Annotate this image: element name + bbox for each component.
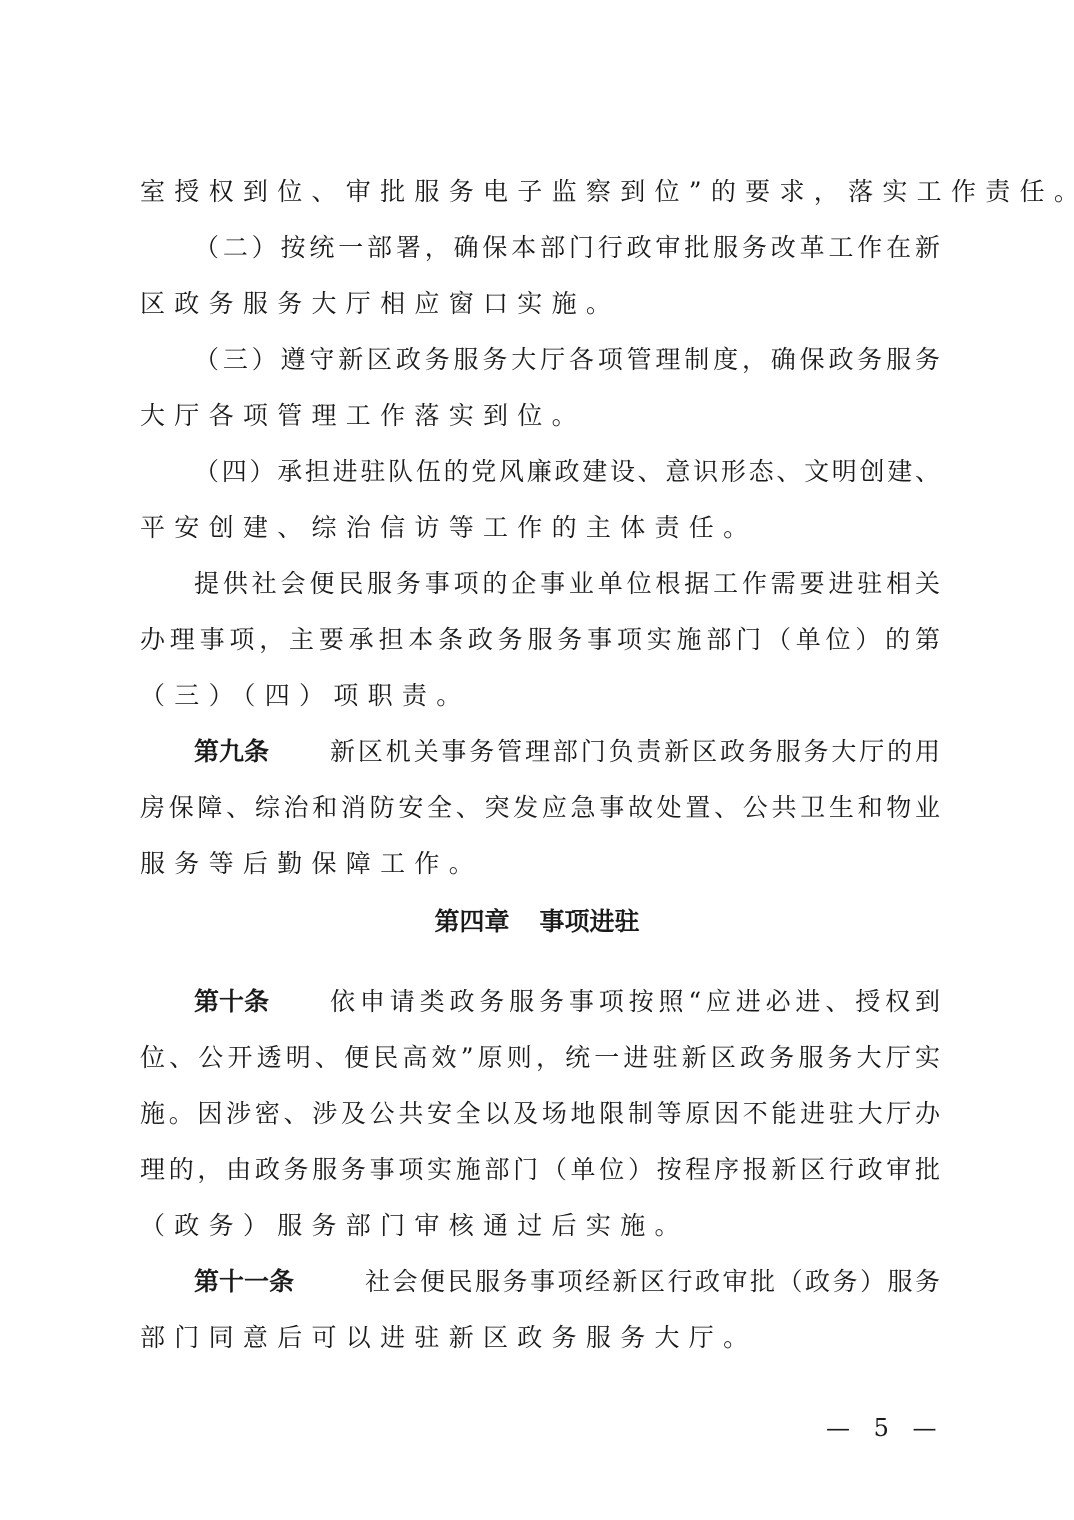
text-line: （三）（四）项职责。 bbox=[140, 676, 940, 716]
chapter-number: 第四章 bbox=[434, 902, 509, 942]
text-line: 房保障、综治和消防安全、突发应急事故处置、公共卫生和物业 bbox=[140, 788, 940, 828]
page-number: — 5 — bbox=[826, 1408, 945, 1448]
text-line: 平安创建、综治信访等工作的主体责任。 bbox=[140, 508, 940, 548]
text-line: 办理事项，主要承担本条政务服务事项实施部门（单位）的第 bbox=[140, 620, 940, 660]
text-line: 提供社会便民服务事项的企事业单位根据工作需要进驻相关 bbox=[194, 564, 940, 604]
article-10-text: 依申请类政务服务事项按照“应进必进、授权到 bbox=[330, 982, 940, 1022]
text-line: （二）按统一部署，确保本部门行政审批服务改革工作在新 bbox=[194, 228, 940, 268]
chapter-title: 事项进驻 bbox=[540, 902, 640, 942]
text-line: （四）承担进驻队伍的党风廉政建设、意识形态、文明创建、 bbox=[194, 452, 940, 492]
article-10-first-line: 第十条 依申请类政务服务事项按照“应进必进、授权到 bbox=[194, 982, 940, 1022]
article-11-label: 第十一条 bbox=[194, 1262, 294, 1302]
article-9-first-line: 第九条 新区机关事务管理部门负责新区政务服务大厅的用 bbox=[194, 732, 940, 772]
article-9-text: 新区机关事务管理部门负责新区政务服务大厅的用 bbox=[330, 732, 940, 772]
text-line: （三）遵守新区政务服务大厅各项管理制度，确保政务服务 bbox=[194, 340, 940, 380]
text-line: 部门同意后可以进驻新区政务服务大厅。 bbox=[140, 1318, 940, 1358]
article-11-first-line: 第十一条 社会便民服务事项经新区行政审批（政务）服务 bbox=[194, 1262, 940, 1302]
text-line: 施。因涉密、涉及公共安全以及场地限制等原因不能进驻大厅办 bbox=[140, 1094, 940, 1134]
article-11-text: 社会便民服务事项经新区行政审批（政务）服务 bbox=[365, 1262, 940, 1302]
article-9-label: 第九条 bbox=[194, 732, 269, 772]
text-line: 位、公开透明、便民高效”原则，统一进驻新区政务服务大厅实 bbox=[140, 1038, 940, 1078]
text-line: （政务）服务部门审核通过后实施。 bbox=[140, 1206, 940, 1246]
text-line: 服务等后勤保障工作。 bbox=[140, 844, 940, 884]
text-line: 室授权到位、审批服务电子监察到位”的要求，落实工作责任。 bbox=[140, 172, 940, 212]
chapter-heading: 第四章事项进驻 bbox=[0, 902, 1074, 942]
text-line: 理的，由政务服务事项实施部门（单位）按程序报新区行政审批 bbox=[140, 1150, 940, 1190]
article-10-label: 第十条 bbox=[194, 982, 269, 1022]
text-line: 区政务服务大厅相应窗口实施。 bbox=[140, 284, 940, 324]
document-page: 室授权到位、审批服务电子监察到位”的要求，落实工作责任。 （二）按统一部署，确保… bbox=[0, 0, 1074, 1520]
text-line: 大厅各项管理工作落实到位。 bbox=[140, 396, 940, 436]
